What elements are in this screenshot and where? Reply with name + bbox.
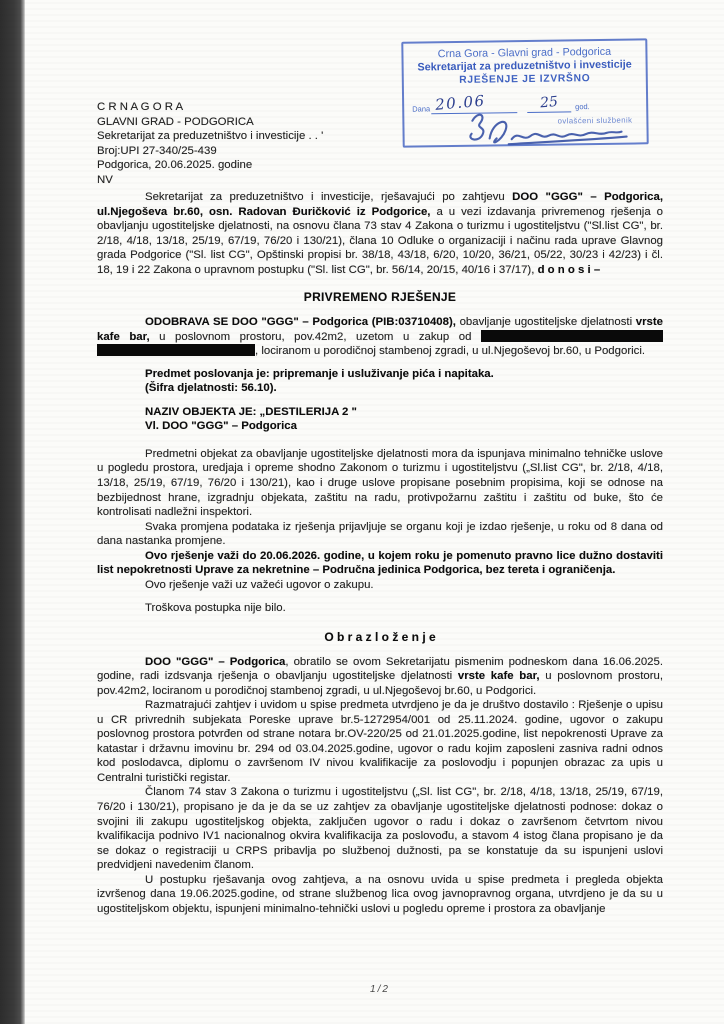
text-run: , lociranom u porodičnoj stambenoj zgrad… xyxy=(255,345,645,357)
text-run: d o n o s i – xyxy=(538,264,601,276)
redaction-bar xyxy=(481,330,663,342)
text-run: vrste kafe bar, xyxy=(458,670,540,682)
letterhead-initials: NV xyxy=(97,173,663,188)
paragraph-article74: Članom 74 stav 3 Zakona o turizmu i ugos… xyxy=(97,785,663,872)
letterhead: C R N A G O R A GLAVNI GRAD - PODGORICA … xyxy=(97,100,663,187)
letterhead-city: GLAVNI GRAD - PODGORICA xyxy=(97,115,663,130)
decision-title: PRIVREMENO RJEŠENJE xyxy=(97,290,663,305)
paragraph-inspection: U postupku rješavanja ovog zahtjeva, a n… xyxy=(97,873,663,917)
paragraph-evidence: Razmatrajući zahtjev i uvidom u spise pr… xyxy=(97,698,663,785)
paragraph-validity: Ovo rješenje važi do 20.06.2026. godine,… xyxy=(97,549,663,578)
activity-code-line: (Šifra djelatnosti: 56.10). xyxy=(145,381,663,396)
text-run: ODOBRAVA SE DOO "GGG" – Podgorica (PIB:0… xyxy=(145,316,456,328)
text-run: obavljanje ugostiteljske djelatnosti xyxy=(456,316,636,328)
paragraph-request: DOO "GGG" – Podgorica, obratilo se ovom … xyxy=(97,655,663,699)
paragraph-change-notice: Svaka promjena podataka iz rješenja prij… xyxy=(97,520,663,549)
text-run: u poslovnom prostoru, pov.42m2, uzetom u… xyxy=(150,331,481,343)
object-name-line: NAZIV OBJEKTA JE: „DESTILERIJA 2 " xyxy=(145,405,663,420)
paragraph-lease: Ovo rješenje važi uz važeći ugovor o zak… xyxy=(97,578,663,593)
page-number: 1/2 xyxy=(97,984,663,995)
object-owner-line: Vl. DOO "GGG" – Podgorica xyxy=(145,419,663,434)
business-subject: Predmet poslovanja je: pripremanje i usl… xyxy=(145,367,663,396)
document-body: C R N A G O R A GLAVNI GRAD - PODGORICA … xyxy=(97,100,663,916)
text-run: Sekretarijat za preduzetništvo i investi… xyxy=(145,191,512,203)
letterhead-country: C R N A G O R A xyxy=(97,100,663,115)
paragraph-approval: ODOBRAVA SE DOO "GGG" – Podgorica (PIB:0… xyxy=(97,315,663,359)
text-run: DOO "GGG" – Podgorica xyxy=(145,656,285,668)
business-subject-line: Predmet poslovanja je: pripremanje i usl… xyxy=(145,367,663,382)
letterhead-secretariat: Sekretarijat za preduzetništvo i investi… xyxy=(97,129,663,144)
object-name: NAZIV OBJEKTA JE: „DESTILERIJA 2 " Vl. D… xyxy=(145,405,663,434)
letterhead-case-number: Broj:UPI 27-340/25-439 xyxy=(97,144,663,159)
scan-edge-shadow xyxy=(0,0,25,1024)
redaction-bar xyxy=(97,344,255,356)
paragraph-costs: Troškova postupka nije bilo. xyxy=(97,601,663,616)
paragraph-conditions: Predmetni objekat za obavljanje ugostite… xyxy=(97,447,663,520)
section-title-explanation: O b r a z l o ž e n j e xyxy=(97,630,663,645)
paragraph-intro: Sekretarijat za preduzetništvo i investi… xyxy=(97,190,663,277)
letterhead-date: Podgorica, 20.06.2025. godine xyxy=(97,158,663,173)
scanned-document-page: Crna Gora - Glavni grad - Podgorica Sekr… xyxy=(0,0,724,1024)
